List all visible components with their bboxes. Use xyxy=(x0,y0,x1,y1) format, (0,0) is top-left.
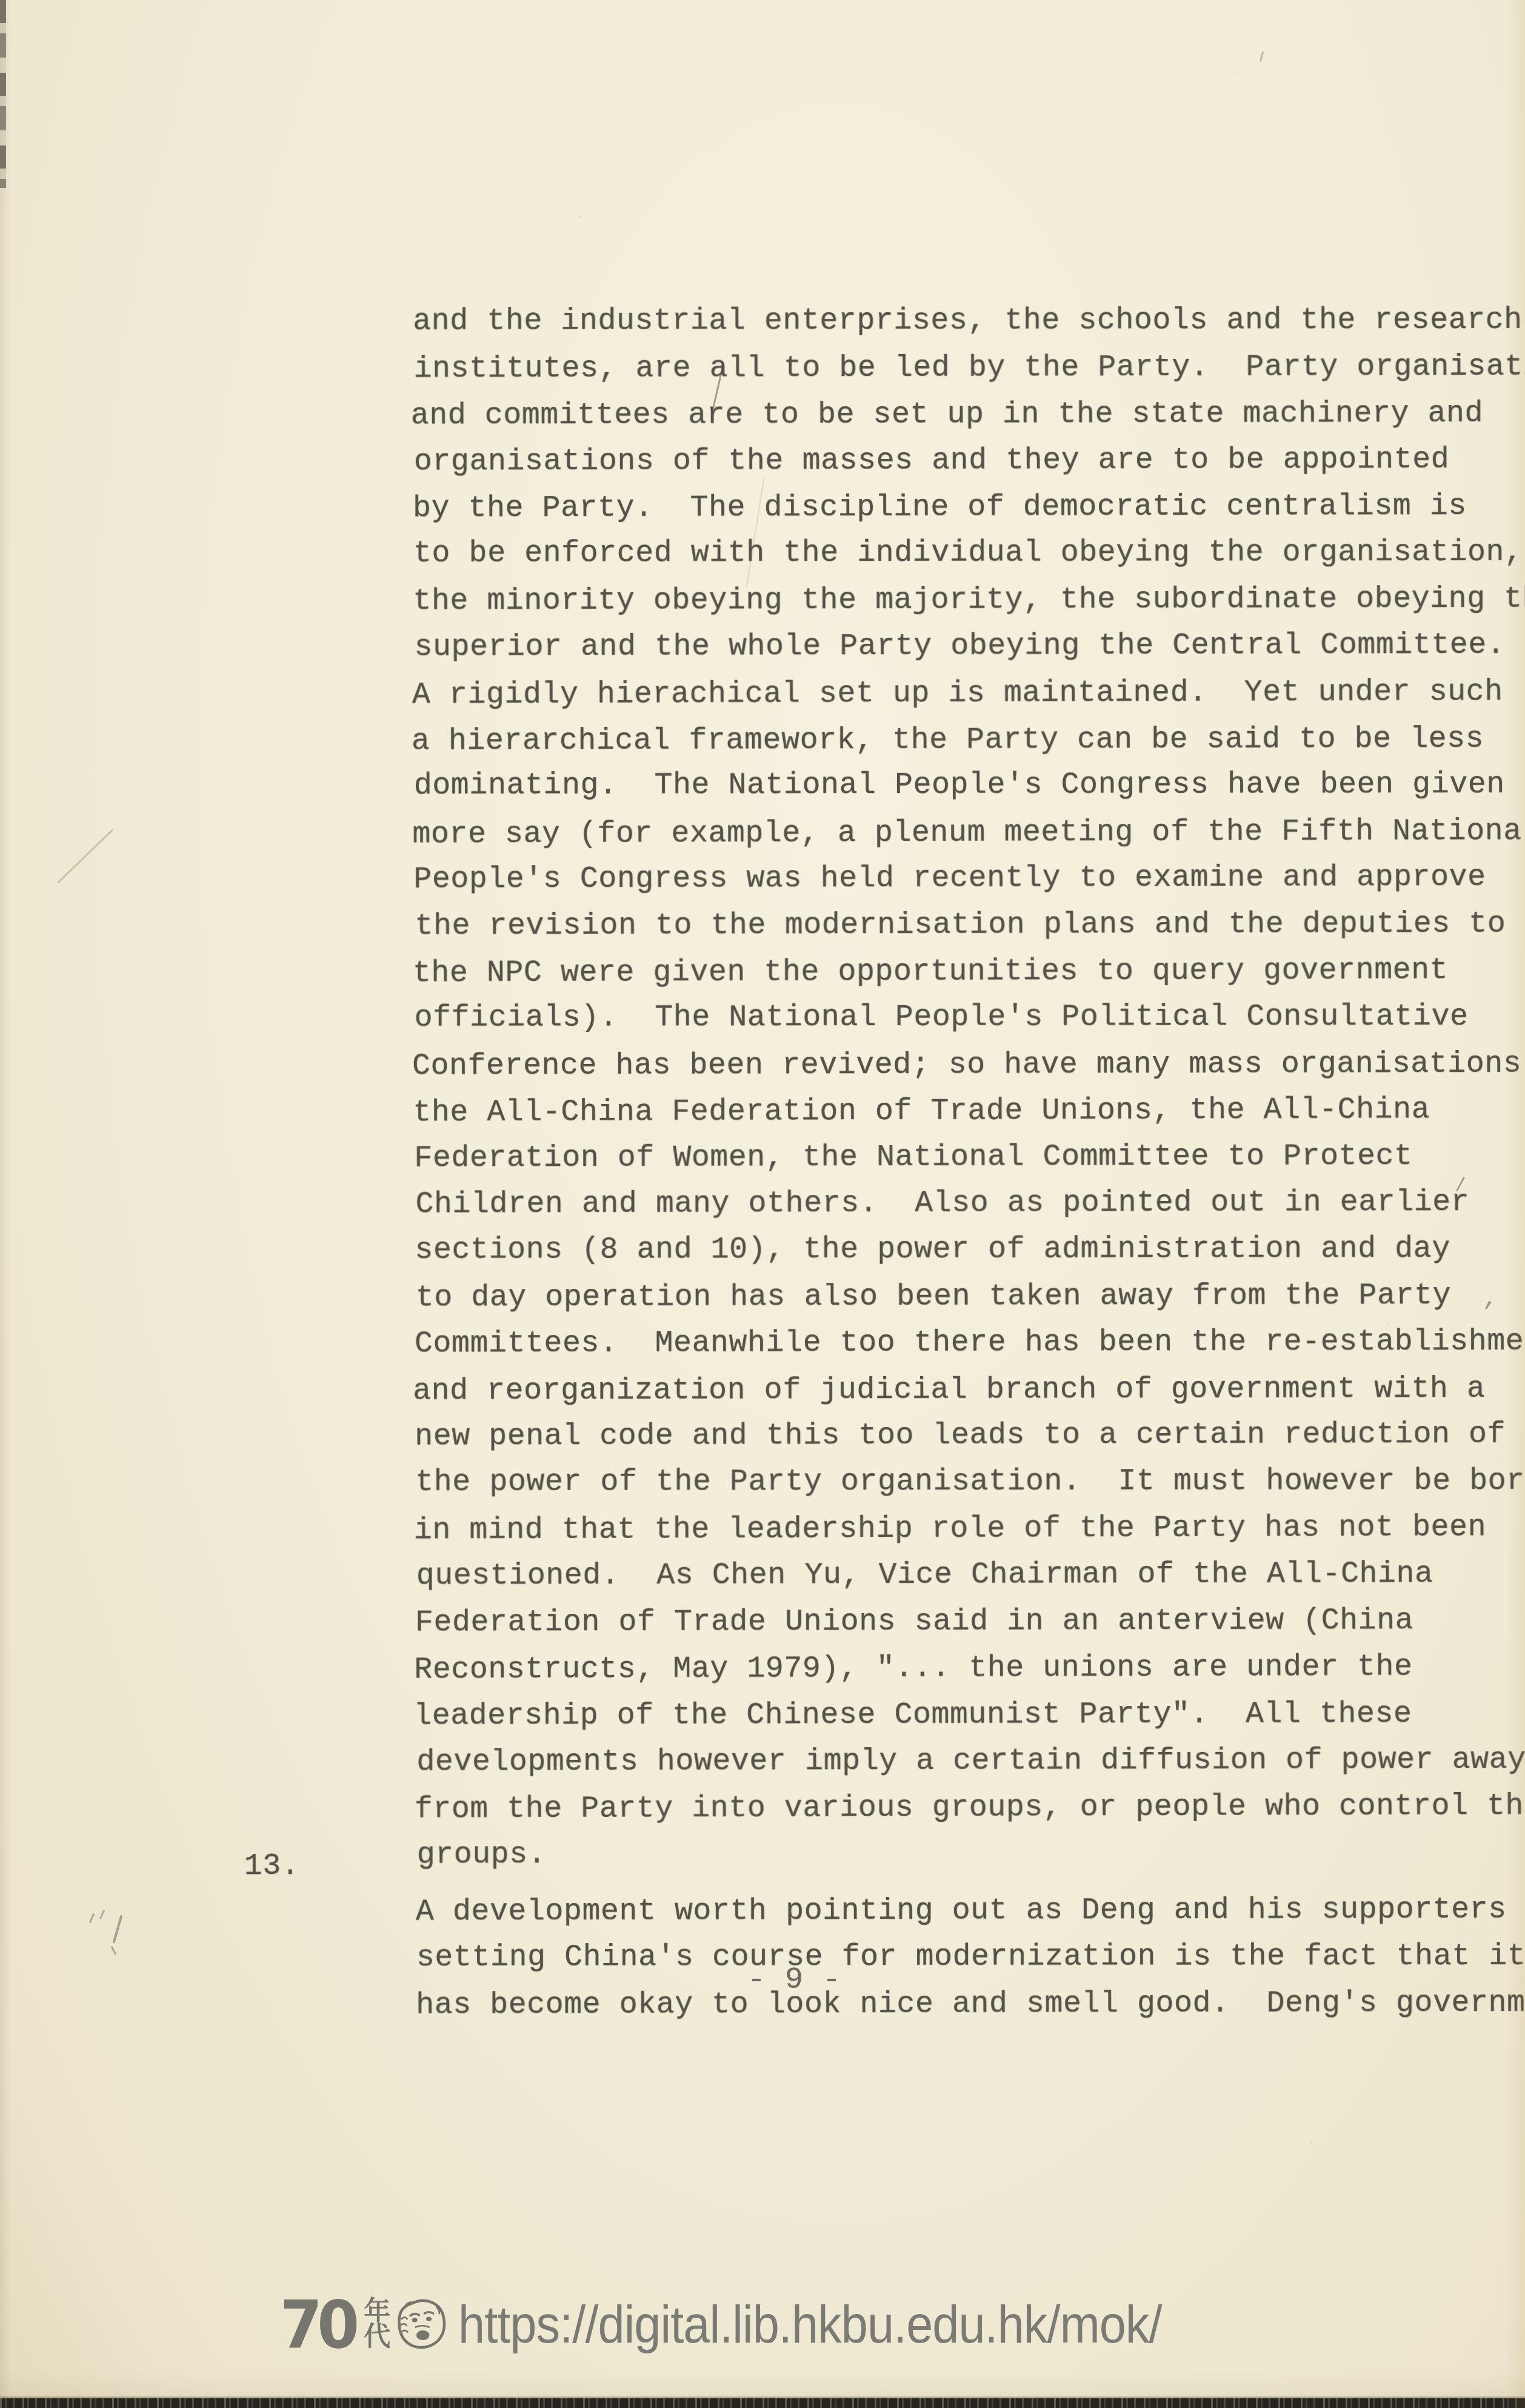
scan-bottom-edge xyxy=(0,2398,1525,2408)
text-line: officials). The National People's Politi… xyxy=(303,901,1525,949)
text-line: institutes, are all to be led by the Par… xyxy=(302,251,1525,300)
text-line: by the Party. The discipline of democrat… xyxy=(302,390,1525,440)
text-line: the revision to the modernisation plans … xyxy=(304,808,1525,857)
face-icon xyxy=(394,2297,449,2352)
text-line: A rigidly hierachical set up is maintain… xyxy=(301,577,1525,627)
text-line: setting China's course for modernization… xyxy=(305,1841,1525,1889)
text-line: and committees are to be set up in the s… xyxy=(299,298,1525,347)
text-line: has become okay to look nice and smell g… xyxy=(305,1887,1525,1936)
seventies-logo-number: 70 xyxy=(280,2292,355,2358)
text-line: sections (8 and 10), the power of admini… xyxy=(304,1134,1525,1182)
line-text: setting China's course for modernization… xyxy=(416,1939,1525,1975)
text-line: more say (for example, a plenum meeting … xyxy=(301,715,1525,766)
line-text: has become okay to look nice and smell g… xyxy=(416,1985,1525,2022)
text-line: dominating. The National People's Congre… xyxy=(303,669,1525,717)
text-line: in mind that the leadership role of the … xyxy=(302,1412,1525,1462)
pencil-mark xyxy=(112,1915,122,1943)
scan-edge-artifact xyxy=(0,0,6,188)
list-item-number: 13. xyxy=(244,1844,300,1890)
text-line: new penal code and this too leads to a c… xyxy=(304,1319,1525,1368)
text-line: Federation of Women, the National Commit… xyxy=(303,1040,1525,1089)
text-line: the minority obeying the majority, the s… xyxy=(302,483,1525,532)
watermark-footer: 70 年 代 https://digital.lib.hkbu.e xyxy=(280,2290,1240,2358)
text-line: People's Congress was held recently to e… xyxy=(302,762,1525,811)
cjk-char-top: 年 xyxy=(364,2299,390,2324)
scan-artifact xyxy=(1260,52,1264,62)
text-line: the NPC were given the opportunities to … xyxy=(301,855,1525,905)
text-line: a hierarchical framework, the Party can … xyxy=(300,623,1525,672)
text-line: 13. A development worth pointing out as … xyxy=(304,1794,1525,1844)
text-line: from the Party into various groups, or p… xyxy=(303,1691,1525,1741)
repository-url: https://digital.lib.hkbu.edu.hk/mok/ xyxy=(458,2293,1162,2355)
text-line: and the industrial enterprises, the scho… xyxy=(302,205,1525,253)
pencil-mark xyxy=(89,1913,95,1923)
pencil-mark xyxy=(99,1910,105,1919)
text-line: the All-China Federation of Trade Unions… xyxy=(302,994,1525,1045)
scan-artifact xyxy=(57,829,113,883)
text-line: Federation of Trade Unions said in an an… xyxy=(304,1505,1525,1554)
text-line: superior and the whole Party obeying the… xyxy=(303,530,1525,579)
text-line: to be enforced with the individual obeyi… xyxy=(302,437,1525,485)
page-number: - 9 - xyxy=(747,1963,841,1998)
text-line: Children and many others. Also as pointe… xyxy=(304,1087,1525,1136)
text-line: leadership of the Chinese Communist Part… xyxy=(302,1599,1525,1648)
text-line: developments however imply a certain dif… xyxy=(305,1644,1525,1693)
text-line: the power of the Party organisation. It … xyxy=(304,1366,1525,1414)
text-line: to day operation has also been taken awa… xyxy=(304,1180,1525,1229)
typewritten-text-block: and the industrial enterprises, the scho… xyxy=(301,205,1525,1936)
text-line: and reorganization of judicial branch of… xyxy=(302,1273,1525,1322)
text-line: questioned. As Chen Yu, Vice Chairman of… xyxy=(305,1459,1525,1508)
text-line: Committees. Meanwhile too there has been… xyxy=(304,1226,1525,1276)
text-line: groups. xyxy=(305,1737,1525,1786)
scanned-document-page: and the industrial enterprises, the scho… xyxy=(0,0,1525,2408)
text-line: Reconstructs, May 1979), "... the unions… xyxy=(303,1551,1525,1602)
seventies-logo-cjk: 年 代 xyxy=(364,2299,390,2350)
text-line: organisations of the masses and they are… xyxy=(302,344,1525,393)
pencil-mark xyxy=(111,1946,116,1955)
cjk-char-bottom: 代 xyxy=(364,2324,390,2350)
text-line: Conference has been revived; so have man… xyxy=(301,948,1525,997)
